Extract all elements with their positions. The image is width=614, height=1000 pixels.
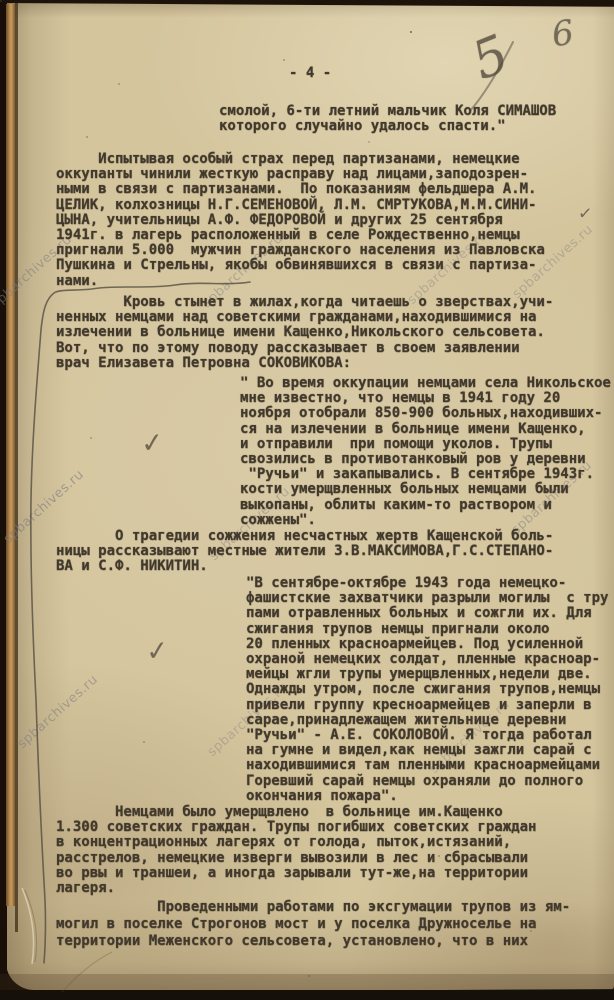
page-fold-line [15, 2, 18, 932]
quote-continuation-top: смолой, 6-ти летний мальчик Коля СИМАШОВ… [219, 104, 556, 134]
pencil-checkmark: ✓ [577, 203, 593, 224]
document-page: spbarchives.ru spbarchives.ru spbarchive… [0, 0, 614, 1000]
pencil-checkmark: ✓ [144, 635, 170, 668]
paragraph-murdered-total: Немцами было умерщвлено в больнице им.Ка… [56, 805, 536, 896]
paragraph-exhumation: Проведенными работами по эксгумации труп… [56, 899, 570, 949]
paragraph-witnesses: О трагедии сожжения несчастных жертв Кащ… [56, 529, 553, 575]
page-number: - 4 - [289, 66, 331, 81]
quote-witnesses: "В сентябре-октябре 1943 года немецко- ф… [246, 576, 608, 804]
paragraph-kashchenko-intro: Кровь стынет в жилах,когда читаешь о зве… [56, 295, 553, 371]
bottom-shadow [0, 974, 614, 990]
paragraph-partisan-reprisals: Испытывая особый страх перед партизанами… [56, 152, 545, 289]
quote-sokovikova: " Во время оккупации немцами села Николь… [240, 376, 611, 528]
scan-edge-bottom [0, 989, 614, 1000]
book-binding-edge [6, 4, 15, 906]
paper-specks [0, 0, 2, 2]
pencil-checkmark: ✓ [139, 427, 165, 460]
